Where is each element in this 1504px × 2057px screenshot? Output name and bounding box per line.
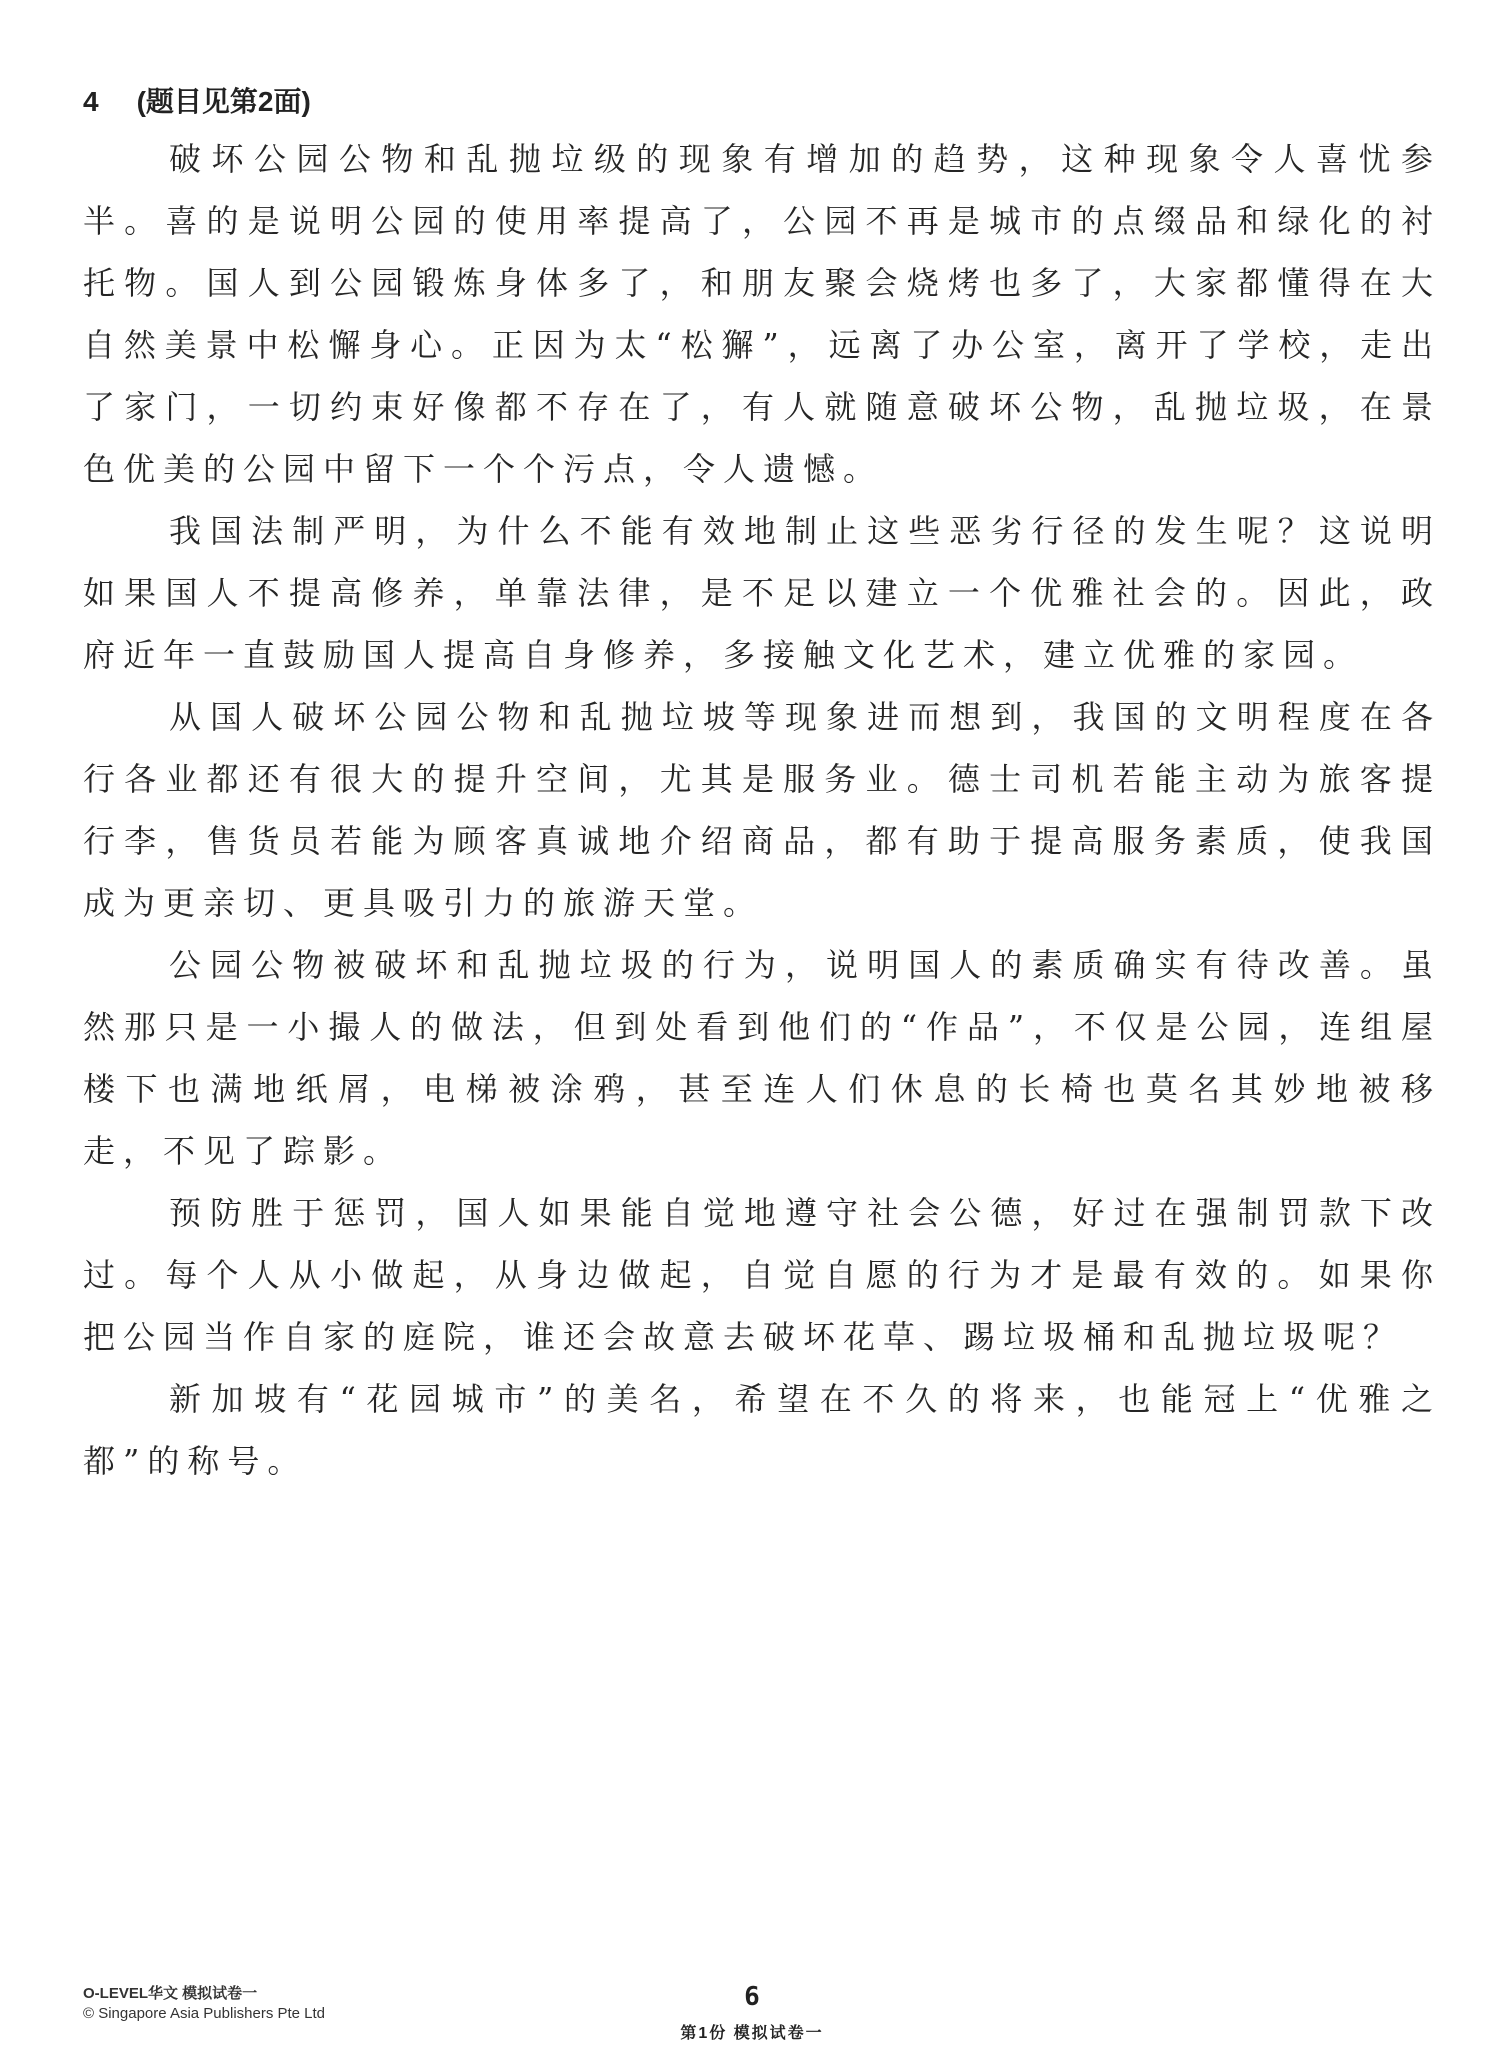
footer-section-caption: 第1份 模拟试卷一: [0, 2020, 1504, 2043]
paragraph: 我国法制严明，为什么不能有效地制止这些恶劣行径的发生呢？这说明如果国人不提高修养…: [83, 500, 1441, 686]
document-page: 4 (题目见第2面) 破坏公园公物和乱抛垃级的现象有增加的趋势，这种现象令人喜忧…: [0, 0, 1504, 2057]
essay-body: 破坏公园公物和乱抛垃级的现象有增加的趋势，这种现象令人喜忧参半。喜的是说明公园的…: [83, 128, 1441, 1492]
page-number: 6: [0, 1982, 1504, 2012]
header-note: (题目见第2面): [137, 80, 311, 120]
paragraph: 公园公物被破坏和乱抛垃圾的行为，说明国人的素质确实有待改善。虽然那只是一小撮人的…: [83, 934, 1441, 1182]
paragraph: 破坏公园公物和乱抛垃级的现象有增加的趋势，这种现象令人喜忧参半。喜的是说明公园的…: [83, 128, 1441, 500]
paragraph: 从国人破坏公园公物和乱抛垃坡等现象进而想到，我国的文明程度在各行各业都还有很大的…: [83, 686, 1441, 934]
paragraph: 新加坡有“花园城市”的美名，希望在不久的将来，也能冠上“优雅之都”的称号。: [83, 1368, 1441, 1492]
question-number: 4: [83, 86, 99, 118]
paragraph: 预防胜于惩罚，国人如果能自觉地遵守社会公德，好过在强制罚款下改过。每个人从小做起…: [83, 1182, 1441, 1368]
page-header: 4 (题目见第2面): [83, 80, 311, 120]
